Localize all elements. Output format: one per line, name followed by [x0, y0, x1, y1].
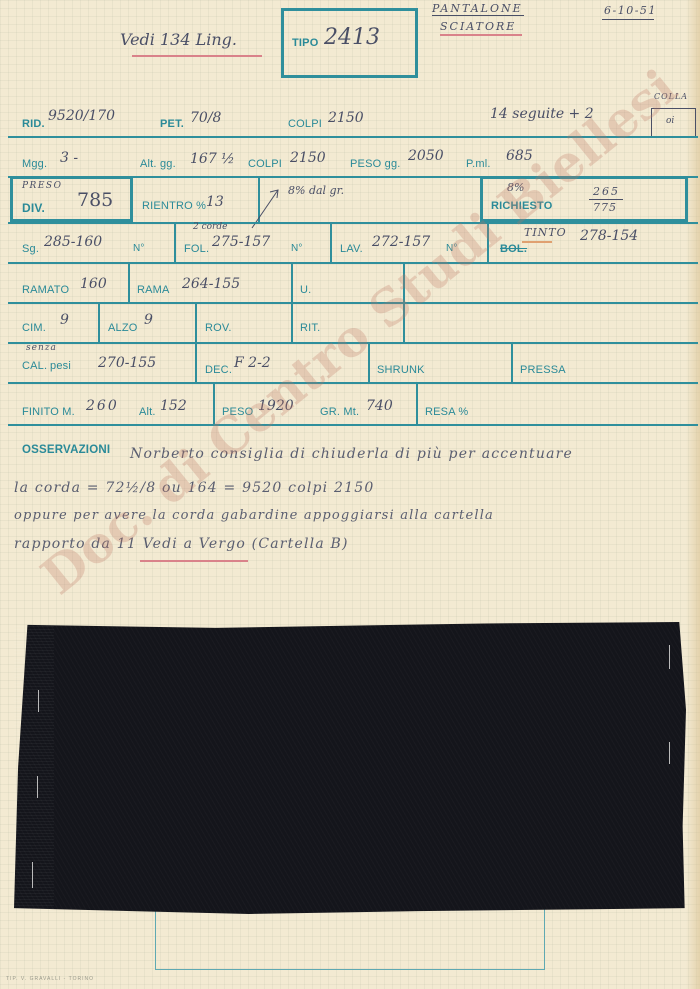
- u-label: U.: [300, 284, 311, 296]
- bol-note: TINTO: [524, 226, 567, 239]
- colpi-value: 2150: [328, 110, 364, 126]
- bol-value: 278-154: [580, 228, 638, 244]
- finito-value: 260: [86, 398, 119, 414]
- alzo-label: ALZO: [108, 322, 138, 334]
- lav-label: LAV.: [340, 243, 363, 255]
- colla-label: COLLA: [654, 92, 688, 101]
- rid-value: 9520/170: [48, 108, 115, 124]
- div-note: PRESO: [22, 181, 62, 191]
- article-underline: [432, 15, 524, 16]
- divider: [368, 342, 370, 382]
- fol-note: 2 corde: [193, 222, 227, 232]
- row1-note: 14 seguite + 2: [490, 106, 594, 122]
- sg-label: Sg.: [22, 243, 39, 255]
- divider: [8, 424, 698, 426]
- paper-edge-shading: [686, 0, 700, 989]
- richiesto-box: 8% RICHIESTO 265 775: [480, 176, 688, 222]
- dec-value: F 2-2: [234, 355, 271, 371]
- rientro-label: RIENTRO %: [142, 200, 206, 212]
- rov-label: ROV.: [205, 322, 232, 334]
- colla-value: oi: [666, 116, 674, 126]
- divider: [8, 262, 698, 264]
- tipo-box: TIPO 2413: [281, 8, 418, 78]
- colla-box: oi: [651, 108, 696, 136]
- peso-value: 1920: [258, 398, 294, 414]
- cal-note: senza: [26, 343, 57, 353]
- reference-note: Vedi 134 Ling.: [120, 30, 237, 49]
- cim-value: 9: [60, 312, 69, 328]
- rama-label: RAMA: [137, 284, 170, 296]
- divider: [174, 222, 176, 262]
- divider: [8, 136, 698, 138]
- lav-value: 272-157: [372, 234, 430, 250]
- cal-value: 270-155: [98, 355, 156, 371]
- observation-line: Norberto consiglia di chiuderla di più p…: [130, 446, 573, 462]
- ramato-value: 160: [80, 276, 107, 292]
- div-box: PRESO DIV. 785: [10, 176, 133, 222]
- tinto-underline: [522, 241, 552, 243]
- shrunk-label: SHRUNK: [377, 364, 425, 376]
- rit-label: RIT.: [300, 322, 320, 334]
- div-label: DIV.: [22, 201, 45, 215]
- richiesto-denominator: 775: [593, 201, 617, 214]
- reference-underline: [132, 55, 262, 57]
- printer-imprint: TIP. V. GRAVALLI - TORINO: [6, 976, 94, 982]
- staple: [37, 776, 38, 798]
- divider: [291, 262, 293, 302]
- date-underline: [602, 19, 654, 20]
- pml-label: P.ml.: [466, 158, 491, 170]
- dec-label: DEC.: [205, 364, 232, 376]
- rientro-value: 13: [206, 194, 224, 210]
- observation-red-underline: [140, 560, 248, 562]
- middle-note: 8% dal gr.: [288, 184, 344, 197]
- pet-label: PET.: [160, 118, 184, 130]
- pressa-label: PRESSA: [520, 364, 566, 376]
- ramato-label: RAMATO: [22, 284, 69, 296]
- divider: [8, 342, 698, 344]
- bol-label: BOL.: [500, 243, 527, 255]
- peso-gg-label: PESO gg.: [350, 158, 401, 170]
- richiesto-numerator: 265: [593, 185, 620, 198]
- peso-label: PESO: [222, 406, 253, 418]
- sg-value: 285-160: [44, 234, 102, 250]
- fol-no-label: N°: [291, 243, 303, 254]
- divider: [8, 382, 698, 384]
- staple: [669, 645, 670, 669]
- cal-sub-label: pesi: [50, 360, 71, 372]
- alzo-value: 9: [144, 312, 153, 328]
- cal-label: CAL.: [22, 360, 47, 372]
- gr-label: GR. Mt.: [320, 406, 359, 418]
- rid-label: RID.: [22, 118, 45, 130]
- staple: [32, 862, 33, 888]
- article-red-underline: [440, 34, 522, 36]
- rama-value: 264-155: [182, 276, 240, 292]
- fabric-selvage: [14, 626, 54, 912]
- divider: [291, 302, 293, 342]
- colpi2-value: 2150: [290, 150, 326, 166]
- alt-label: Alt.: [139, 406, 156, 418]
- divider: [8, 302, 698, 304]
- fraction-bar: [589, 199, 623, 200]
- tipo-value: 2413: [324, 25, 380, 50]
- colpi-label: COLPI: [288, 118, 322, 130]
- pml-value: 685: [506, 148, 533, 164]
- mgg-value: 3 -: [60, 150, 78, 166]
- alt-gg-label: Alt. gg.: [140, 158, 176, 170]
- date: 6-10-51: [604, 4, 657, 17]
- mgg-label: Mgg.: [22, 158, 47, 170]
- sg-no-label: N°: [133, 243, 145, 254]
- observation-line: rapporto da 11 Vedi a Vergo (Cartella B): [14, 536, 349, 552]
- alt-value: 152: [160, 398, 187, 414]
- fabric-swatch: [14, 622, 686, 914]
- staple: [669, 742, 670, 764]
- finito-label: FINITO M.: [22, 406, 75, 418]
- div-value: 785: [77, 189, 113, 211]
- staple: [38, 690, 39, 712]
- peso-gg-value: 2050: [408, 148, 444, 164]
- divider: [98, 302, 100, 342]
- richiesto-label: RICHIESTO: [491, 200, 553, 212]
- richiesto-note: 8%: [507, 181, 524, 194]
- divider: [330, 222, 332, 262]
- divider: [213, 382, 215, 424]
- fol-label: FOL.: [184, 243, 209, 255]
- pet-value: 70/8: [190, 110, 221, 126]
- article-line1: PANTALONE: [432, 2, 523, 15]
- lav-no-label: N°: [446, 243, 458, 254]
- divider: [511, 342, 513, 382]
- gr-value: 740: [366, 398, 393, 414]
- observations-label: OSSERVAZIONI: [22, 444, 110, 456]
- divider: [487, 222, 489, 262]
- observation-line: la corda = 72½/8 ou 164 = 9520 colpi 215…: [14, 480, 374, 496]
- tipo-label: TIPO: [292, 37, 318, 49]
- resa-label: RESA %: [425, 406, 468, 418]
- cim-label: CIM.: [22, 322, 46, 334]
- fol-value: 275-157: [212, 234, 270, 250]
- divider: [416, 382, 418, 424]
- alt-gg-value: 167 ½: [190, 151, 235, 167]
- observation-line: oppure per avere la corda gabardine appo…: [14, 508, 494, 523]
- article-line2: SCIATORE: [440, 20, 516, 33]
- divider: [8, 222, 698, 224]
- divider: [128, 262, 130, 302]
- colpi2-label: COLPI: [248, 158, 282, 170]
